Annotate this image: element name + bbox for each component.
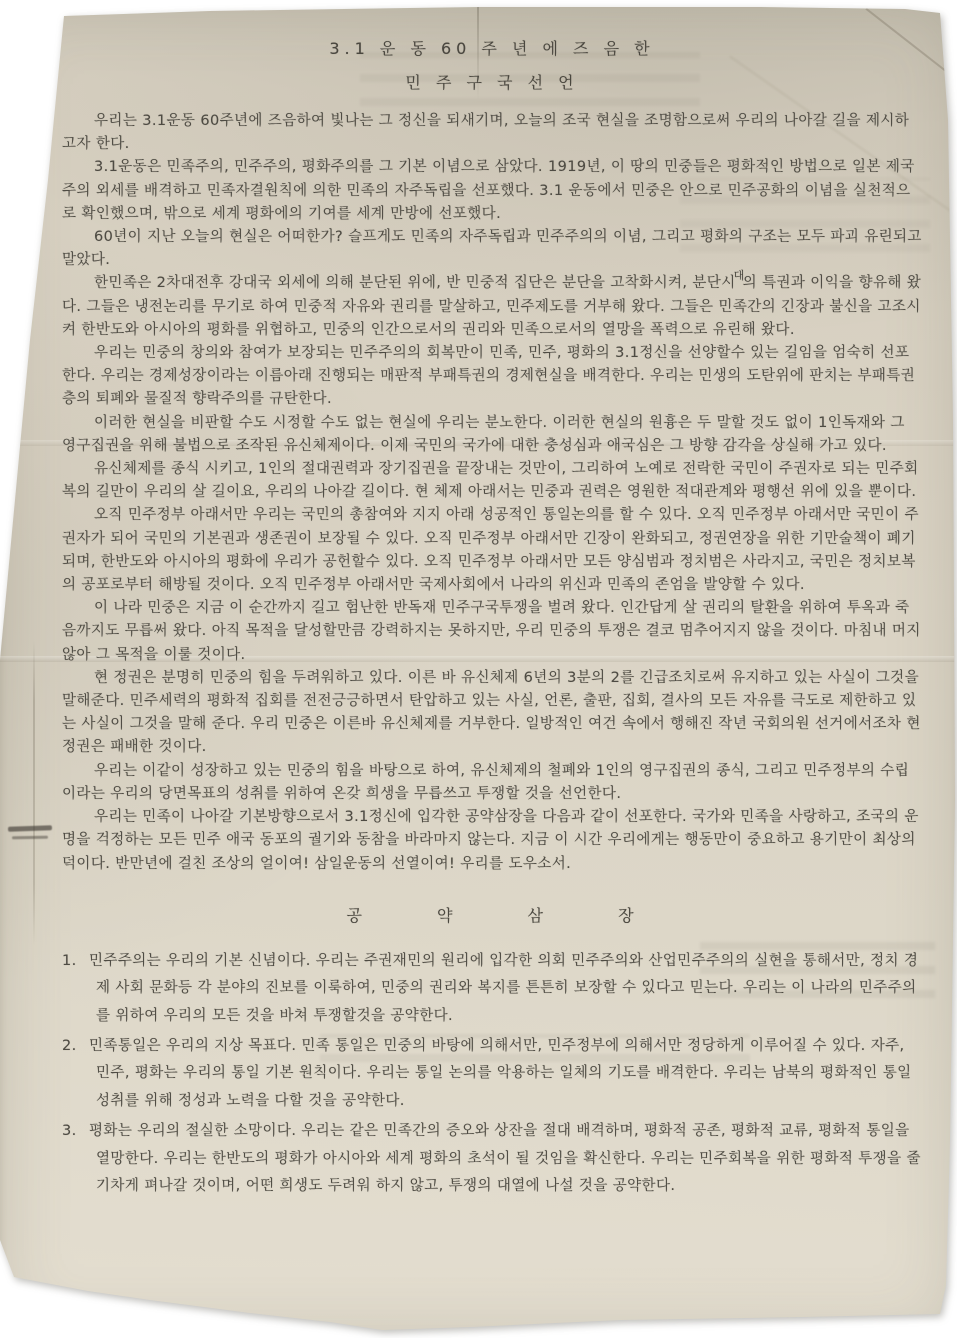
pledge-item-number: 3. [62,1118,84,1145]
paragraph: 유신체제를 종식 시키고, 1인의 절대권력과 장기집권을 끝장내는 것만이, … [62,458,922,504]
pledge-item-number: 1. [62,948,84,975]
section-header: 공 약 삼 장 [62,903,922,926]
paragraph: 오직 민주정부 아래서만 우리는 국민의 총참여와 지지 아래 성공적인 통일논… [62,504,922,597]
pledge-item-number: 2. [62,1033,84,1060]
paragraph: 우리는 이같이 성장하고 있는 민중의 힘을 바탕으로 하여, 유신체제의 철폐… [62,760,922,806]
pledge-item-text: 민족통일은 우리의 지상 목표다. 민족 통일은 민중의 바탕에 의해서만, 민… [84,1038,912,1109]
paragraph: 우리는 3.1운동 60주년에 즈음하여 빛나는 그 정신을 되새기며, 오늘의… [62,110,922,156]
pledge-item: 1. 민주주의는 우리의 기본 신념이다. 우리는 주권재민의 원리에 입각한 … [62,948,922,1030]
document-title-line-1: 3.1 운 동 60 주 년 에 즈 음 한 [62,36,922,59]
pledge-item-text: 평화는 우리의 절실한 소망이다. 우리는 같은 민족간의 증오와 상잔을 절대… [84,1123,921,1194]
handwritten-correction: 대 [734,264,745,287]
paragraph: 60년이 지난 오늘의 현실은 어떠한가? 슬프게도 민족의 자주독립과 민주주… [62,226,922,272]
paragraph: 이 나라 민중은 지금 이 순간까지 길고 험난한 반독재 민주구국투쟁을 벌려… [62,597,922,667]
pledge-item: 2. 민족통일은 우리의 지상 목표다. 민족 통일은 민중의 바탕에 의해서만… [62,1033,922,1115]
paragraph: 우리는 민중의 창의와 참여가 보장되는 민주주의의 회복만이 민족, 민주, … [62,342,922,412]
pledge-list: 1. 민주주의는 우리의 기본 신념이다. 우리는 주권재민의 원리에 입각한 … [62,948,922,1201]
document-content: 3.1 운 동 60 주 년 에 즈 음 한 민 주 구 국 선 언 우리는 3… [62,28,922,1203]
paragraph: 현 정권은 분명히 민중의 힘을 두려워하고 있다. 이른 바 유신체제 6년의… [62,667,922,760]
paper-crease-left-vertical [33,640,35,945]
paragraph: 우리는 민족이 나아갈 기본방향으로서 3.1정신에 입각한 공약삼장을 다음과… [62,806,922,876]
paragraph: 한민족은 2차대전후 강대국 외세에 의해 분단된 위에, 반 민중적 집단은 … [62,272,922,342]
ink-smudge [8,825,52,832]
document-title-line-2: 민 주 구 국 선 언 [62,70,922,93]
paper-shadow-wrap: 3.1 운 동 60 주 년 에 즈 음 한 민 주 구 국 선 언 우리는 3… [0,0,957,1338]
pledge-item-text: 민주주의는 우리의 기본 신념이다. 우리는 주권재민의 원리에 입각한 의회 … [84,953,918,1024]
page-background: 3.1 운 동 60 주 년 에 즈 음 한 민 주 구 국 선 언 우리는 3… [0,0,957,1338]
ink-smudge-2 [12,836,48,840]
document-paper: 3.1 운 동 60 주 년 에 즈 음 한 민 주 구 국 선 언 우리는 3… [0,0,957,1338]
paragraph: 3.1운동은 민족주의, 민주주의, 평화주의를 그 기본 이념으로 삼았다. … [62,156,922,226]
pledge-item: 3. 평화는 우리의 절실한 소망이다. 우리는 같은 민족간의 증오와 상잔을… [62,1118,922,1200]
document-body: 우리는 3.1운동 60주년에 즈음하여 빛나는 그 정신을 되새기며, 오늘의… [62,110,922,876]
paragraph: 이러한 현실을 비판할 수도 시정할 수도 없는 현실에 우리는 분노한다. 이… [62,412,922,458]
